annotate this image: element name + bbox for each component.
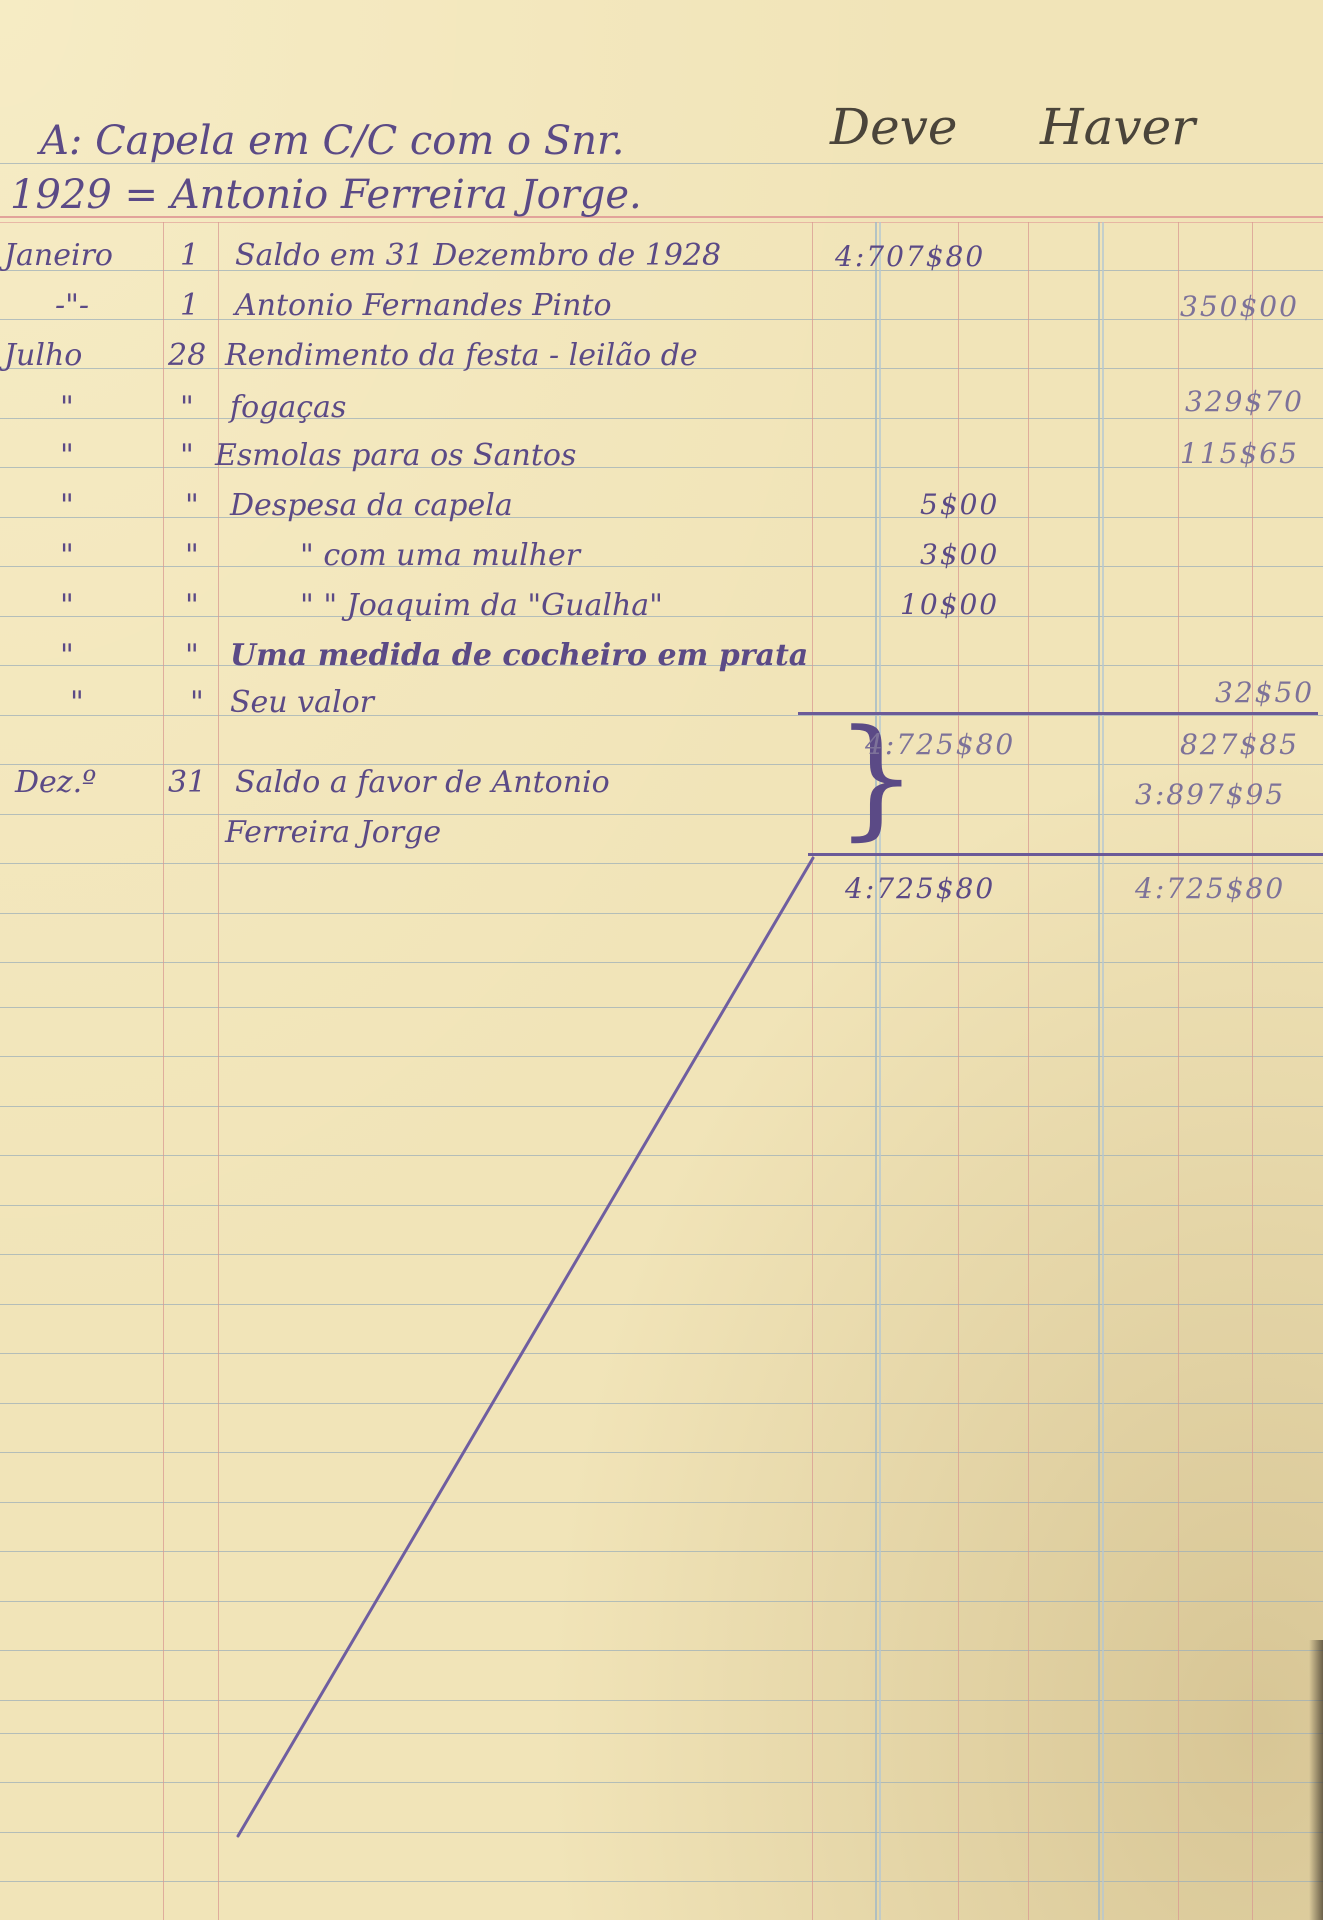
page-edge-shadow [1309,1640,1323,1920]
ledger-page: A: Capela em C/C com o Snr. 1929 = Anton… [0,0,1323,1920]
cancel-diagonal-line [0,0,1323,1920]
